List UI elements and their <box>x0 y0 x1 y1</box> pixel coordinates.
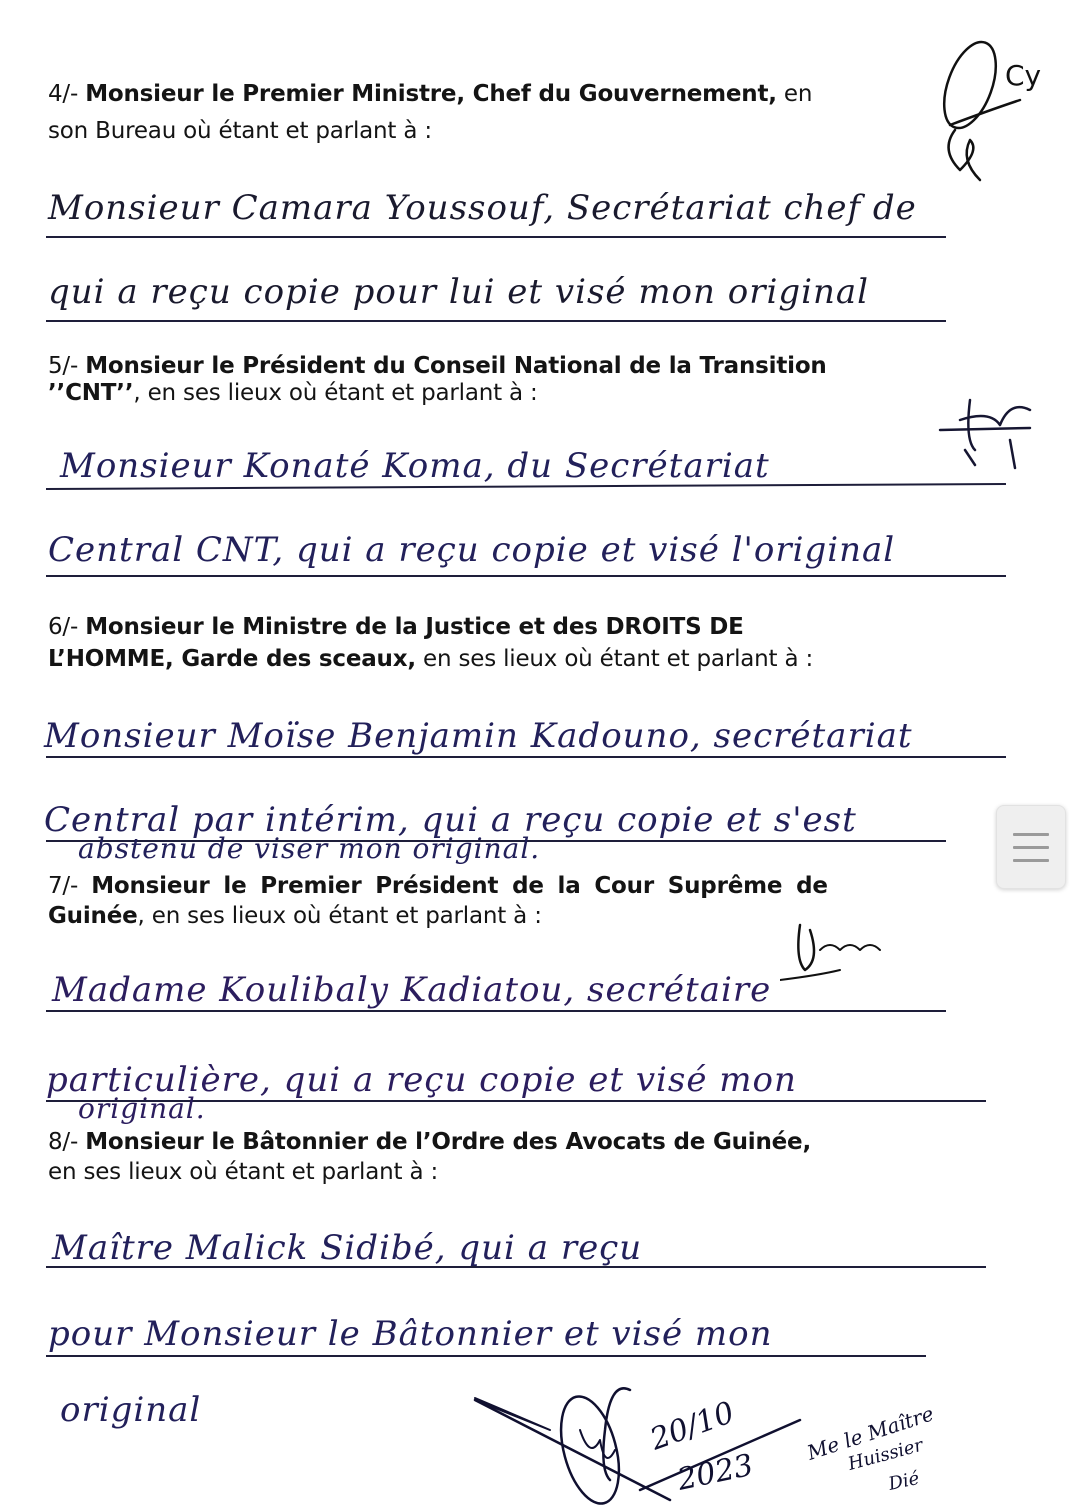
addressee: Monsieur le Premier Président de la Cour… <box>91 873 828 899</box>
menu-line <box>1013 846 1049 849</box>
addressee: Monsieur le Ministre de la Justice et de… <box>85 614 743 640</box>
svg-text:20/10: 20/10 <box>645 1395 739 1458</box>
underline <box>46 1010 946 1012</box>
menu-lines-icon <box>1013 833 1049 836</box>
item-8-heading: 8/- Monsieur le Bâtonnier de l’Ordre des… <box>48 1128 811 1157</box>
item-8-handwritten-3: original <box>60 1390 201 1430</box>
item-8-handwritten-2: pour Monsieur le Bâtonnier et visé mon <box>48 1314 772 1354</box>
item-number: 4/- <box>48 81 78 107</box>
underline <box>46 756 1006 758</box>
item-4-handwritten-1: Monsieur Camara Youssouf, Secrétariat ch… <box>48 188 917 228</box>
item-7-line2: Guinée, en ses lieux où étant et parlant… <box>48 902 542 931</box>
item-6-handwritten-1: Monsieur Moïse Benjamin Kadouno, secréta… <box>44 716 913 756</box>
item-4-line2: son Bureau où étant et parlant à : <box>48 117 432 146</box>
item-8-handwritten-1: Maître Malick Sidibé, qui a reçu <box>52 1228 642 1268</box>
underline <box>46 320 946 322</box>
addressee: Monsieur le Premier Ministre, Chef du Go… <box>85 81 777 107</box>
menu-line <box>1013 859 1049 862</box>
item-6-handwritten-3: abstenu de viser mon original. <box>78 832 540 865</box>
document-menu-button[interactable] <box>996 805 1066 889</box>
svg-text:2023: 2023 <box>673 1448 756 1498</box>
item-5-handwritten-1: Monsieur Konaté Koma, du Secrétariat <box>60 446 770 486</box>
underline <box>46 1355 926 1357</box>
item-7-heading: 7/- Monsieur le Premier Président de la … <box>48 872 828 901</box>
signature-initials-top: Cy <box>930 30 1070 190</box>
item-number: 7/- <box>48 873 78 899</box>
signature-huissier: 20/10 2023 Me le Maître Huissier Dié <box>470 1370 1030 1506</box>
item-number: 8/- <box>48 1129 78 1155</box>
underline <box>46 1266 986 1268</box>
underline <box>46 236 946 238</box>
item-5-heading: 5/- Monsieur le Président du Conseil Nat… <box>48 352 827 381</box>
signature-initials-cnt <box>930 380 1050 470</box>
item-number: 6/- <box>48 614 78 640</box>
item-6-line2: L’HOMME, Garde des sceaux, en ses lieux … <box>48 645 813 674</box>
svg-text:Cy: Cy <box>1005 59 1041 92</box>
addressee: Monsieur le Bâtonnier de l’Ordre des Avo… <box>85 1129 811 1155</box>
signature-initials-cour-supreme <box>780 920 920 1000</box>
item-7-handwritten-3: original. <box>78 1092 206 1125</box>
underline <box>46 575 1006 577</box>
item-4-heading: 4/- Monsieur le Premier Ministre, Chef d… <box>48 80 812 109</box>
item-6-heading: 6/- Monsieur le Ministre de la Justice e… <box>48 613 744 642</box>
item-4-handwritten-2: qui a reçu copie pour lui et visé mon or… <box>48 272 869 312</box>
svg-text:Dié: Dié <box>886 1468 922 1495</box>
item-8-line2: en ses lieux où étant et parlant à : <box>48 1158 438 1187</box>
item-5-line2: ’’CNT’’, en ses lieux où étant et parlan… <box>48 379 538 408</box>
item-number: 5/- <box>48 353 78 379</box>
item-5-handwritten-2: Central CNT, qui a reçu copie et visé l'… <box>48 530 895 570</box>
item-7-handwritten-1: Madame Koulibaly Kadiatou, secrétaire <box>52 970 771 1010</box>
addressee: Monsieur le Président du Conseil Nationa… <box>85 353 826 379</box>
